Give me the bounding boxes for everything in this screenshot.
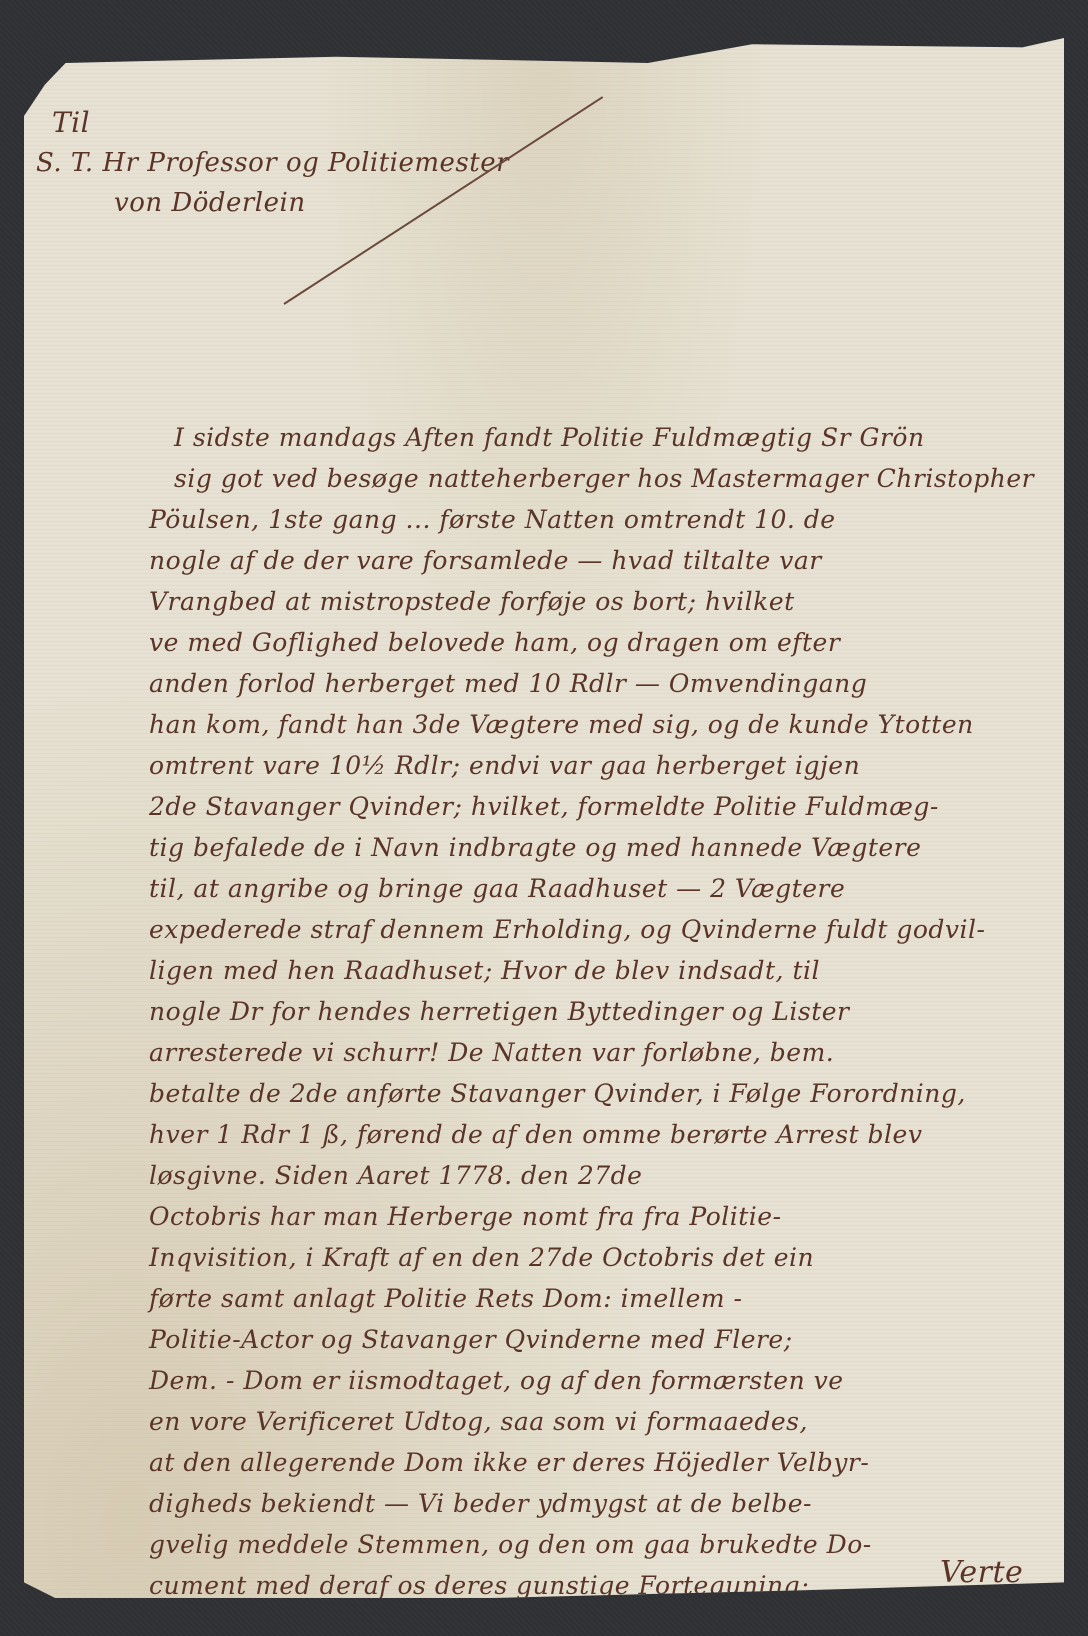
body-line: ve med Goflighed belovede ham, og dragen… bbox=[149, 628, 840, 657]
body-line: I sidste mandags Aften fandt Politie Ful… bbox=[174, 423, 925, 452]
catchword-verte: Verte bbox=[940, 1555, 1023, 1590]
address-line-1: Til bbox=[52, 106, 90, 139]
body-line: arresterede vi schurr! De Natten var for… bbox=[149, 1038, 834, 1067]
body-line: til, at angribe og bringe gaa Raadhuset … bbox=[149, 874, 845, 903]
body-line: expederede straf dennem Erholding, og Qv… bbox=[149, 915, 985, 944]
body-line: sig got ved besøge natteherberger hos Ma… bbox=[174, 464, 1034, 493]
body-line: gvelig meddele Stemmen, og den om gaa br… bbox=[149, 1530, 872, 1559]
body-line: Dem. - Dom er iismodtaget, og af den for… bbox=[149, 1366, 844, 1395]
manuscript-page: Til S. T. Hr Professor og Politiemester … bbox=[24, 38, 1064, 1598]
pen-stroke-divider bbox=[283, 96, 603, 305]
body-line: nogle Dr for hendes herretigen Bytteding… bbox=[149, 997, 850, 1026]
body-line: ligen med hen Raadhuset; Hvor de blev in… bbox=[149, 956, 820, 985]
body-line: 2de Stavanger Qvinder; hvilket, formeldt… bbox=[149, 792, 939, 821]
body-line: Politie-Actor og Stavanger Qvinderne med… bbox=[149, 1325, 793, 1354]
body-line: at den allegerende Dom ikke er deres Höj… bbox=[149, 1448, 869, 1477]
body-line: Octobris har man Herberge nomt fra fra P… bbox=[149, 1202, 782, 1231]
address-line-3: von Döderlein bbox=[114, 188, 306, 218]
body-line: digheds bekiendt — Vi beder ydmygst at d… bbox=[149, 1489, 812, 1518]
body-line: betalte de 2de anførte Stavanger Qvinder… bbox=[149, 1079, 966, 1108]
body-line: hver 1 Rdr 1 ß, førend de af den omme be… bbox=[149, 1120, 922, 1149]
body-line: nogle af de der vare forsamlede — hvad t… bbox=[149, 546, 822, 575]
body-line: anden forlod herberget med 10 Rdlr — Omv… bbox=[149, 669, 867, 698]
body-line: han kom, fandt han 3de Vægtere med sig, … bbox=[149, 710, 974, 739]
body-line: tig befalede de i Navn indbragte og med … bbox=[149, 833, 921, 862]
body-line: førte samt anlagt Politie Rets Dom: imel… bbox=[149, 1284, 743, 1313]
body-line: omtrent vare 10½ Rdlr; endvi var gaa her… bbox=[149, 751, 860, 780]
address-line-2: S. T. Hr Professor og Politiemester bbox=[36, 148, 509, 178]
body-line: en vore Verificeret Udtog, saa som vi fo… bbox=[149, 1407, 808, 1436]
body-line: løsgivne. Siden Aaret 1778. den 27de bbox=[149, 1161, 642, 1190]
body-line: Pöulsen, 1ste gang ... første Natten omt… bbox=[149, 505, 836, 534]
body-line: Vrangbed at mistropstede forføje os bort… bbox=[149, 587, 795, 616]
body-line: Inqvisition, i Kraft af en den 27de Octo… bbox=[149, 1243, 814, 1272]
